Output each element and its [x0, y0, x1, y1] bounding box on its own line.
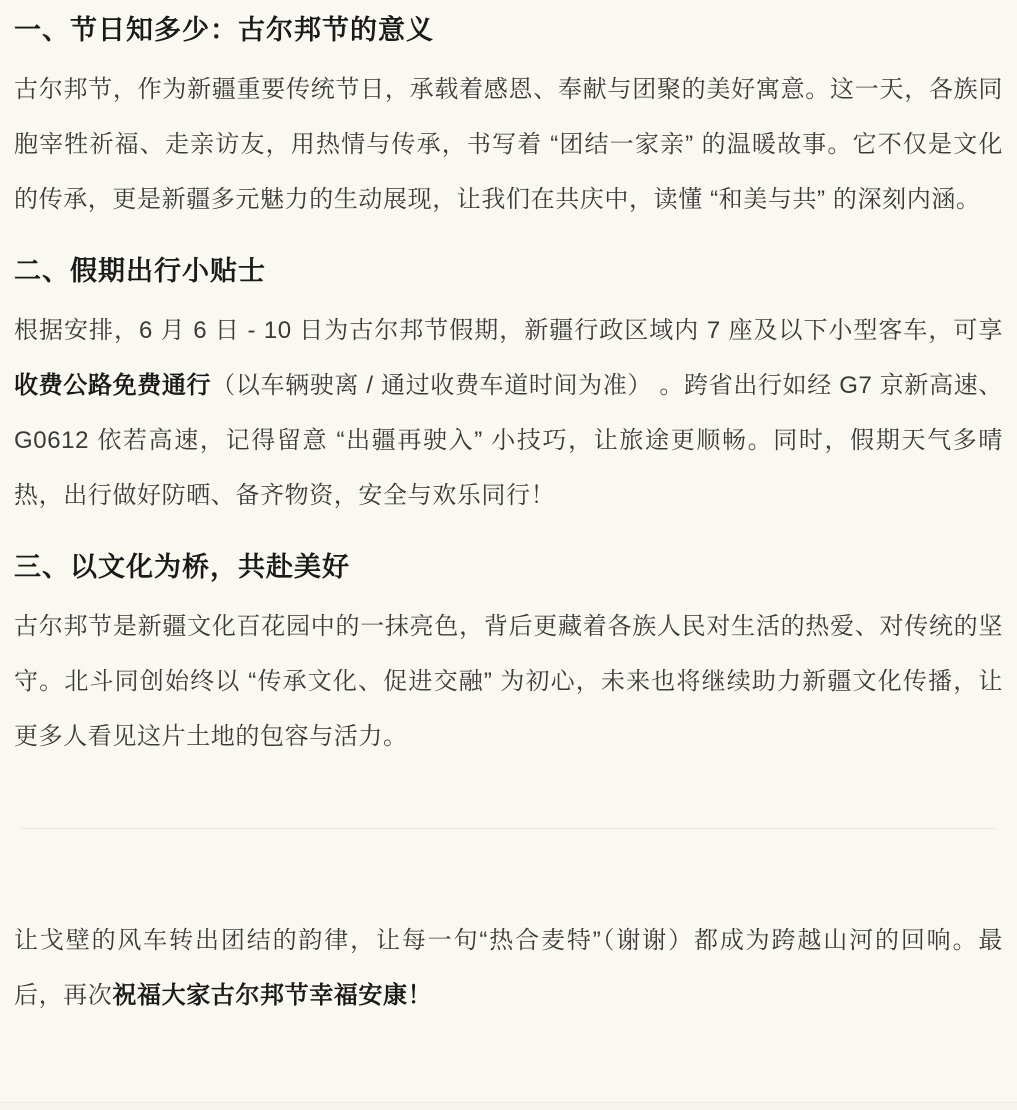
section-3-heading: 三、以文化为桥，共赴美好 [14, 547, 1003, 587]
section-2-paragraph: 根据安排，6 月 6 日 - 10 日为古尔邦节假期，新疆行政区域内 7 座及以… [14, 303, 1003, 523]
text-run: 古尔邦节是新疆文化百花园中的一抹亮色，背后更藏着各族人民对生活的热爱、对传统的坚… [14, 613, 1003, 750]
article: 一、节日知多少：古尔邦节的意义 古尔邦节，作为新疆重要传统节日，承载着感恩、奉献… [0, 10, 1017, 1023]
section-2-heading: 二、假期出行小贴士 [14, 251, 1003, 291]
section-1-paragraph: 古尔邦节，作为新疆重要传统节日，承载着感恩、奉献与团聚的美好寓意。这一天，各族同… [14, 62, 1003, 227]
next-block-top-edge [0, 1102, 1017, 1110]
section-divider [22, 828, 995, 829]
bold-text-run: 祝福大家古尔邦节幸福安康！ [112, 982, 432, 1009]
section-3-paragraph: 古尔邦节是新疆文化百花园中的一抹亮色，背后更藏着各族人民对生活的热爱、对传统的坚… [14, 599, 1003, 764]
text-run: 古尔邦节，作为新疆重要传统节日，承载着感恩、奉献与团聚的美好寓意。这一天，各族同… [14, 76, 1003, 213]
section-1-heading: 一、节日知多少：古尔邦节的意义 [14, 10, 1003, 50]
closing-paragraph: 让戈壁的风车转出团结的韵律，让每一句“热合麦特”（谢谢）都成为跨越山河的回响。最… [14, 913, 1003, 1023]
text-run: 根据安排，6 月 6 日 - 10 日为古尔邦节假期，新疆行政区域内 7 座及以… [14, 317, 1003, 344]
bold-text-run: 收费公路免费通行 [14, 372, 211, 399]
